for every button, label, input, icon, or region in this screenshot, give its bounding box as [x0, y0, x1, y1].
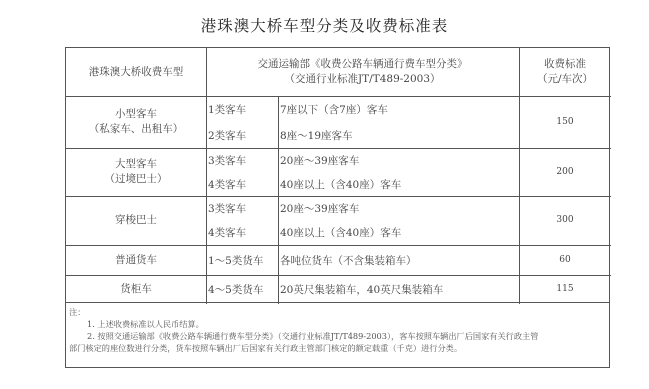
description-cell: 40座以上（含40座）客车 — [278, 220, 519, 245]
class-cell: 4类客车 — [206, 220, 278, 245]
header-label: （元/车次） — [537, 72, 593, 87]
description-cell: 8座～19座客车 — [278, 122, 519, 148]
note-item-continued: 部门核定的座位数进行分类，货车按照车辆出厂后国家有关行政主管部门核定的额定载重（… — [69, 342, 606, 354]
description-cell: 40座以上（含40座）客车 — [278, 172, 519, 196]
table-row-type: 货柜车 — [66, 275, 206, 304]
header-fee: 收费标准 （元/车次） — [519, 48, 611, 96]
fee-cell: 200 — [519, 148, 611, 196]
toll-table: 港珠澳大桥收费车型 交通运输部《收费公路车辆通行费车型分类》 （交通行业标准JT… — [65, 47, 610, 303]
class-cell: 1类客车 — [206, 96, 278, 122]
description-cell: 20英尺集装箱车，40英尺集装箱车 — [278, 275, 519, 304]
header-label: 收费标准 — [544, 57, 586, 72]
class-cell: 1～5类货车 — [206, 245, 278, 275]
header-vehicle-type: 港珠澳大桥收费车型 — [66, 48, 206, 96]
page-title: 港珠澳大桥车型分类及收费标准表 — [0, 14, 649, 36]
class-cell: 3类客车 — [206, 148, 278, 172]
notes-label: 注： — [69, 306, 606, 318]
header-ministry-classification: 交通运输部《收费公路车辆通行费车型分类》 （交通行业标准JT/T489-2003… — [206, 48, 519, 96]
fee-cell: 115 — [519, 275, 611, 304]
header-label: 港珠澳大桥收费车型 — [89, 65, 184, 80]
class-cell: 2类客车 — [206, 122, 278, 148]
table-row-type: 小型客车 （私家车、出租车） — [66, 96, 206, 148]
vehicle-type-note: （私家车、出租车） — [89, 122, 184, 137]
description-cell: 7座以下（含7座）客车 — [278, 96, 519, 122]
note-item: 1. 上述收费标准以人民币结算。 — [69, 318, 606, 330]
description-cell: 20座～39座客车 — [278, 148, 519, 172]
vehicle-type: 普通货车 — [115, 253, 157, 268]
header-label: 交通运输部《收费公路车辆通行费车型分类》 — [258, 57, 468, 72]
description-cell: 20座～39座客车 — [278, 196, 519, 220]
vehicle-type: 大型客车 — [115, 157, 157, 172]
notes-box: 注： 1. 上述收费标准以人民币结算。 2. 按照交通运输部《收费公路车辆通行费… — [65, 302, 610, 368]
table-row-type: 穿梭巴士 — [66, 196, 206, 245]
fee-cell: 150 — [519, 96, 611, 148]
fee-cell: 60 — [519, 245, 611, 275]
vehicle-type: 穿梭巴士 — [115, 213, 157, 228]
vehicle-type: 小型客车 — [115, 107, 157, 122]
fee-cell: 300 — [519, 196, 611, 245]
note-item: 2. 按照交通运输部《收费公路车辆通行费车型分类》（交通行业标准JT/T489-… — [69, 330, 606, 342]
class-cell: 4～5类货车 — [206, 275, 278, 304]
vehicle-type-note: （过境巴士） — [105, 172, 168, 187]
table-row-type: 大型客车 （过境巴士） — [66, 148, 206, 196]
description-cell: 各吨位货车（不含集装箱车） — [278, 245, 519, 275]
header-label: （交通行业标准JT/T489-2003） — [284, 72, 440, 87]
table-row-type: 普通货车 — [66, 245, 206, 275]
class-cell: 3类客车 — [206, 196, 278, 220]
vehicle-type: 货柜车 — [120, 282, 152, 297]
class-cell: 4类客车 — [206, 172, 278, 196]
